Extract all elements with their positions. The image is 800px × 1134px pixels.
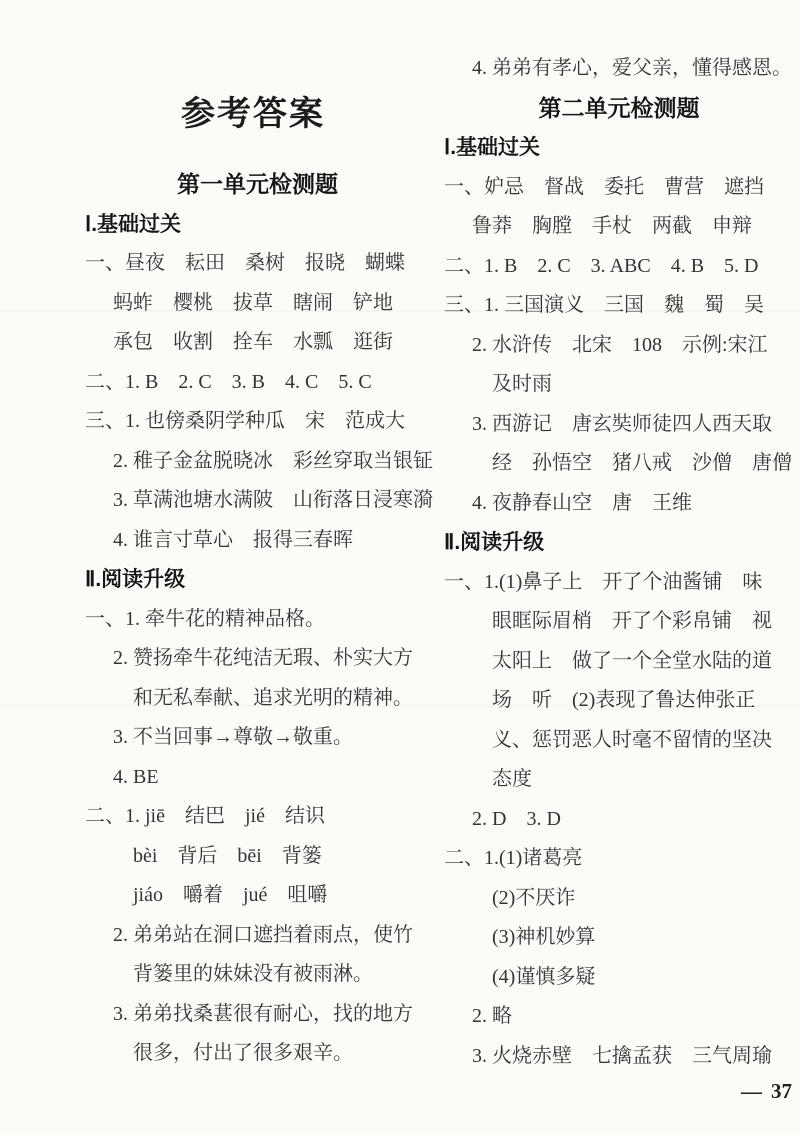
answer-line: 4. 弟弟有孝心，爱父亲，懂得感恩。 — [444, 49, 794, 89]
answer-line: 一、妒忌 督战 委托 曹营 遮挡 — [444, 168, 794, 208]
answer-line: 一、1. 牵牛花的精神品格。 — [85, 600, 430, 640]
answer-line: 二、1. B 2. C 3. B 4. C 5. C — [85, 363, 430, 403]
answer-line: 3. 草满池塘水满陂 山衔落日浸寒漪 — [85, 481, 430, 521]
answer-line: 一、1.(1)鼻子上 开了个油酱铺 味 — [444, 563, 794, 603]
section-subheading: Ⅱ.阅读升级 — [85, 560, 430, 600]
answer-line: 义、惩罚恶人时毫不留情的坚决 — [444, 721, 794, 761]
section-subheading: Ⅱ.阅读升级 — [444, 523, 794, 563]
section-subheading: Ⅰ.基础过关 — [85, 205, 430, 245]
answer-line: 3. 不当回事→尊敬→敬重。 — [85, 718, 430, 758]
answer-line: 背篓里的妹妹没有被雨淋。 — [85, 955, 430, 995]
answer-line: 承包 收割 拴车 水瓢 逛街 — [85, 323, 430, 363]
answer-line: 场 听 (2)表现了鲁达伸张正 — [444, 681, 794, 721]
answer-line: 2. 稚子金盆脱晓冰 彩丝穿取当银钲 — [85, 442, 430, 482]
answer-line: 3. 弟弟找桑葚很有耐心，找的地方 — [85, 995, 430, 1035]
answer-line: 3. 西游记 唐玄奘师徒四人西天取 — [444, 405, 794, 445]
answer-line: 4. BE — [85, 758, 430, 798]
answer-line: 三、1. 三国演义 三国 魏 蜀 吴 — [444, 286, 794, 326]
answer-line: 4. 夜静春山空 唐 王维 — [444, 484, 794, 524]
left-column: 第一单元检测题 Ⅰ.基础过关 一、昼夜 耘田 桑树 报晓 蝴蝶 蚂蚱 樱桃 拔草… — [85, 165, 430, 1074]
answer-line: jiáo 嚼着 jué 咀嚼 — [85, 876, 430, 916]
section-subheading: Ⅰ.基础过关 — [444, 128, 794, 168]
answer-line: 态度 — [444, 760, 794, 800]
answer-line: 2. 水浒传 北宋 108 示例:宋江 — [444, 326, 794, 366]
answer-line: 2. D 3. D — [444, 800, 794, 840]
answer-line: (4)谨慎多疑 — [444, 958, 794, 998]
answer-line: 很多，付出了很多艰辛。 — [85, 1034, 430, 1074]
answer-line: 2. 赞扬牵牛花纯洁无瑕、朴实大方 — [85, 639, 430, 679]
page-number-dash: — — [741, 1079, 762, 1104]
answer-key-page: 参考答案 第一单元检测题 Ⅰ.基础过关 一、昼夜 耘田 桑树 报晓 蝴蝶 蚂蚱 … — [0, 0, 800, 1134]
answer-line: 鲁莽 胸膛 手杖 两截 申辩 — [444, 207, 794, 247]
answer-line: 蚂蚱 樱桃 拔草 瞎闹 铲地 — [85, 284, 430, 324]
answer-line: 及时雨 — [444, 365, 794, 405]
answer-line: (3)神机妙算 — [444, 918, 794, 958]
answer-line: 2. 弟弟站在洞口遮挡着雨点，使竹 — [85, 916, 430, 956]
answer-line: 经 孙悟空 猪八戒 沙僧 唐僧 — [444, 444, 794, 484]
answer-line: 二、1.(1)诸葛亮 — [444, 839, 794, 879]
answer-line: 二、1. jiē 结巴 jié 结识 — [85, 797, 430, 837]
page-number: — 37 — [741, 1079, 792, 1104]
answer-line: 3. 火烧赤壁 七擒孟获 三气周瑜 — [444, 1037, 794, 1077]
answer-line: (2)不厌诈 — [444, 879, 794, 919]
right-column: 4. 弟弟有孝心，爱父亲，懂得感恩。 第二单元检测题 Ⅰ.基础过关 一、妒忌 督… — [444, 49, 794, 1076]
answer-line: 二、1. B 2. C 3. ABC 4. B 5. D — [444, 247, 794, 287]
answer-line: 和无私奉献、追求光明的精神。 — [85, 679, 430, 719]
answer-line: 眼眶际眉梢 开了个彩帛铺 视 — [444, 602, 794, 642]
page-number-value: 37 — [771, 1079, 792, 1104]
section-title: 第一单元检测题 — [85, 165, 430, 205]
answer-line: 4. 谁言寸草心 报得三春晖 — [85, 521, 430, 561]
answer-line: 2. 略 — [444, 997, 794, 1037]
section-title: 第二单元检测题 — [444, 89, 794, 129]
page-title: 参考答案 — [85, 86, 421, 135]
answer-line: 一、昼夜 耘田 桑树 报晓 蝴蝶 — [85, 244, 430, 284]
answer-line: bèi 背后 bēi 背篓 — [85, 837, 430, 877]
answer-line: 太阳上 做了一个全堂水陆的道 — [444, 642, 794, 682]
answer-line: 三、1. 也傍桑阴学种瓜 宋 范成大 — [85, 402, 430, 442]
